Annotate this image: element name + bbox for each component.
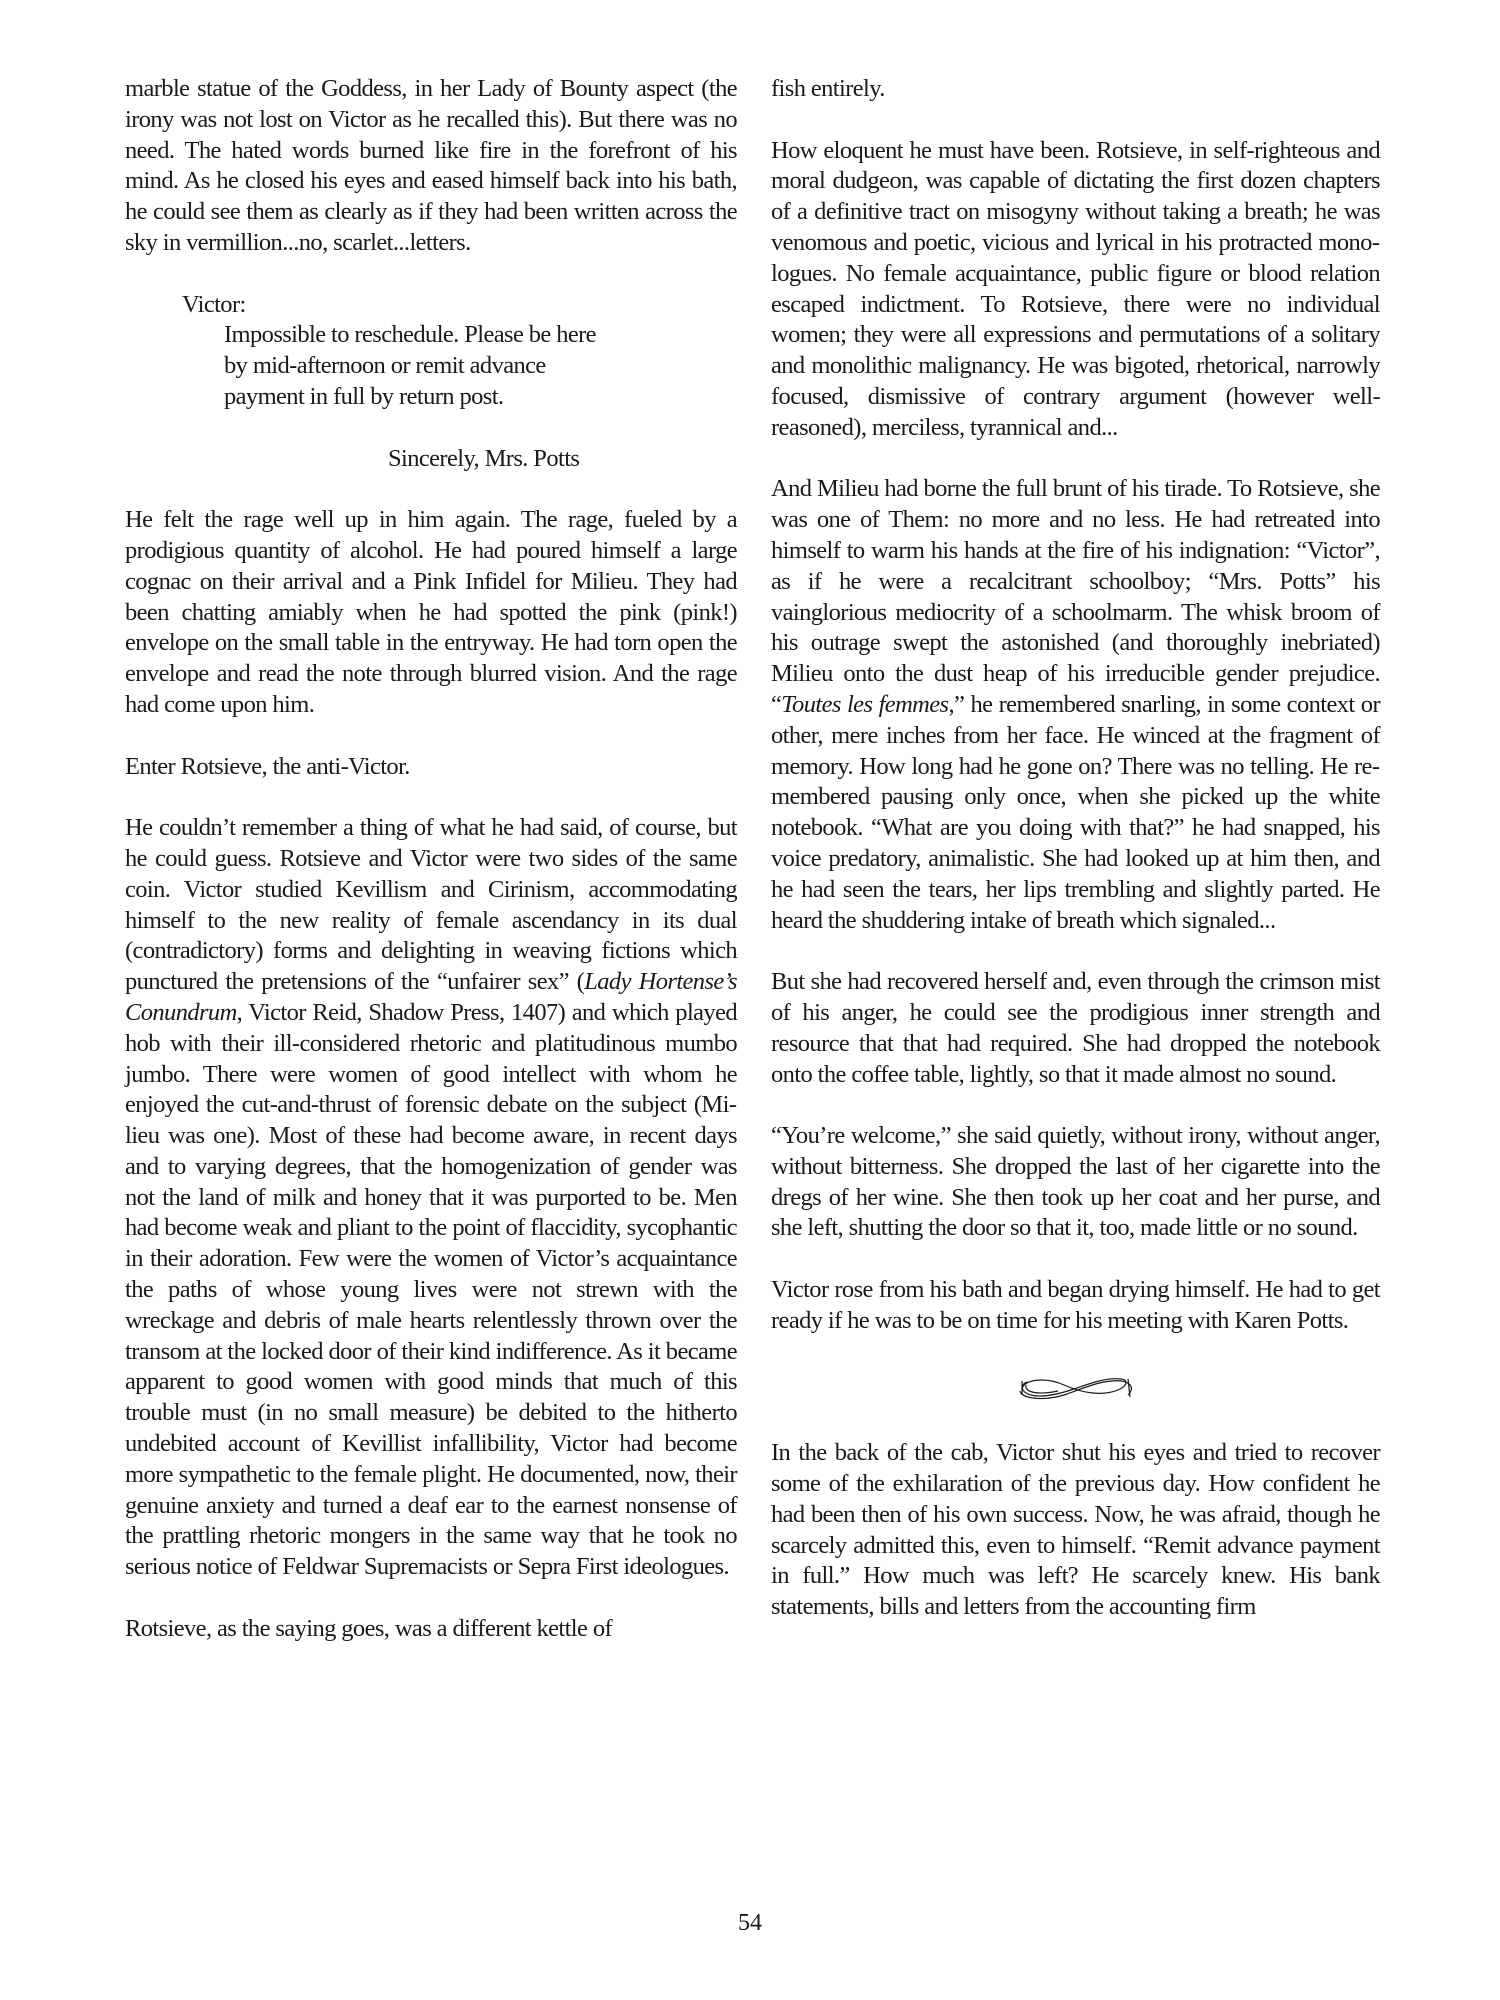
paragraph: Victor rose from his bath and began dryi…	[771, 1275, 1380, 1337]
page-number: 54	[0, 1910, 1500, 1937]
paragraph: Rotsieve, as the saying goes, was a diff…	[125, 1614, 737, 1645]
note-line: by mid-afternoon or remit advance	[224, 351, 737, 382]
paragraph: In the back of the cab, Victor shut his …	[771, 1438, 1380, 1623]
text-run: , Victor Reid, Shadow Press, 1407) and w…	[125, 999, 737, 1580]
note-line: Impossible to reschedule. Please be here	[224, 320, 737, 351]
paragraph: How eloquent he must have been. Rotsieve…	[771, 136, 1380, 444]
paragraph: “You’re welcome,” she said quietly, with…	[771, 1121, 1380, 1244]
note-line: payment in full by return post.	[224, 382, 737, 413]
italic-phrase: Toutes les femmes	[781, 691, 948, 718]
paragraph: marble statue of the Goddess, in her Lad…	[125, 74, 737, 259]
note-salutation: Victor:	[125, 290, 737, 321]
left-column: marble statue of the Goddess, in her Lad…	[125, 74, 737, 1645]
text-run: ,” he remembered snarling, in some conte…	[771, 691, 1380, 934]
note-body: Impossible to reschedule. Please be here…	[125, 320, 737, 412]
quoted-note: Victor: Impossible to reschedule. Please…	[125, 290, 737, 475]
paragraph: He felt the rage well up in him again. T…	[125, 505, 737, 721]
note-signoff: Sincerely, Mrs. Potts	[125, 444, 737, 475]
paragraph: Enter Rotsieve, the anti-Victor.	[125, 752, 737, 783]
book-page: marble statue of the Goddess, in her Lad…	[0, 0, 1500, 2000]
section-break-flourish-icon	[1016, 1367, 1136, 1407]
paragraph: And Milieu had borne the full brunt of h…	[771, 474, 1380, 936]
text-run: And Milieu had borne the full brunt of h…	[771, 475, 1380, 718]
paragraph: He couldn’t remember a thing of what he …	[125, 813, 737, 1583]
right-column: fish entirely. How eloquent he must have…	[771, 74, 1380, 1623]
paragraph: But she had recovered herself and, even …	[771, 967, 1380, 1090]
paragraph: fish entirely.	[771, 74, 1380, 105]
